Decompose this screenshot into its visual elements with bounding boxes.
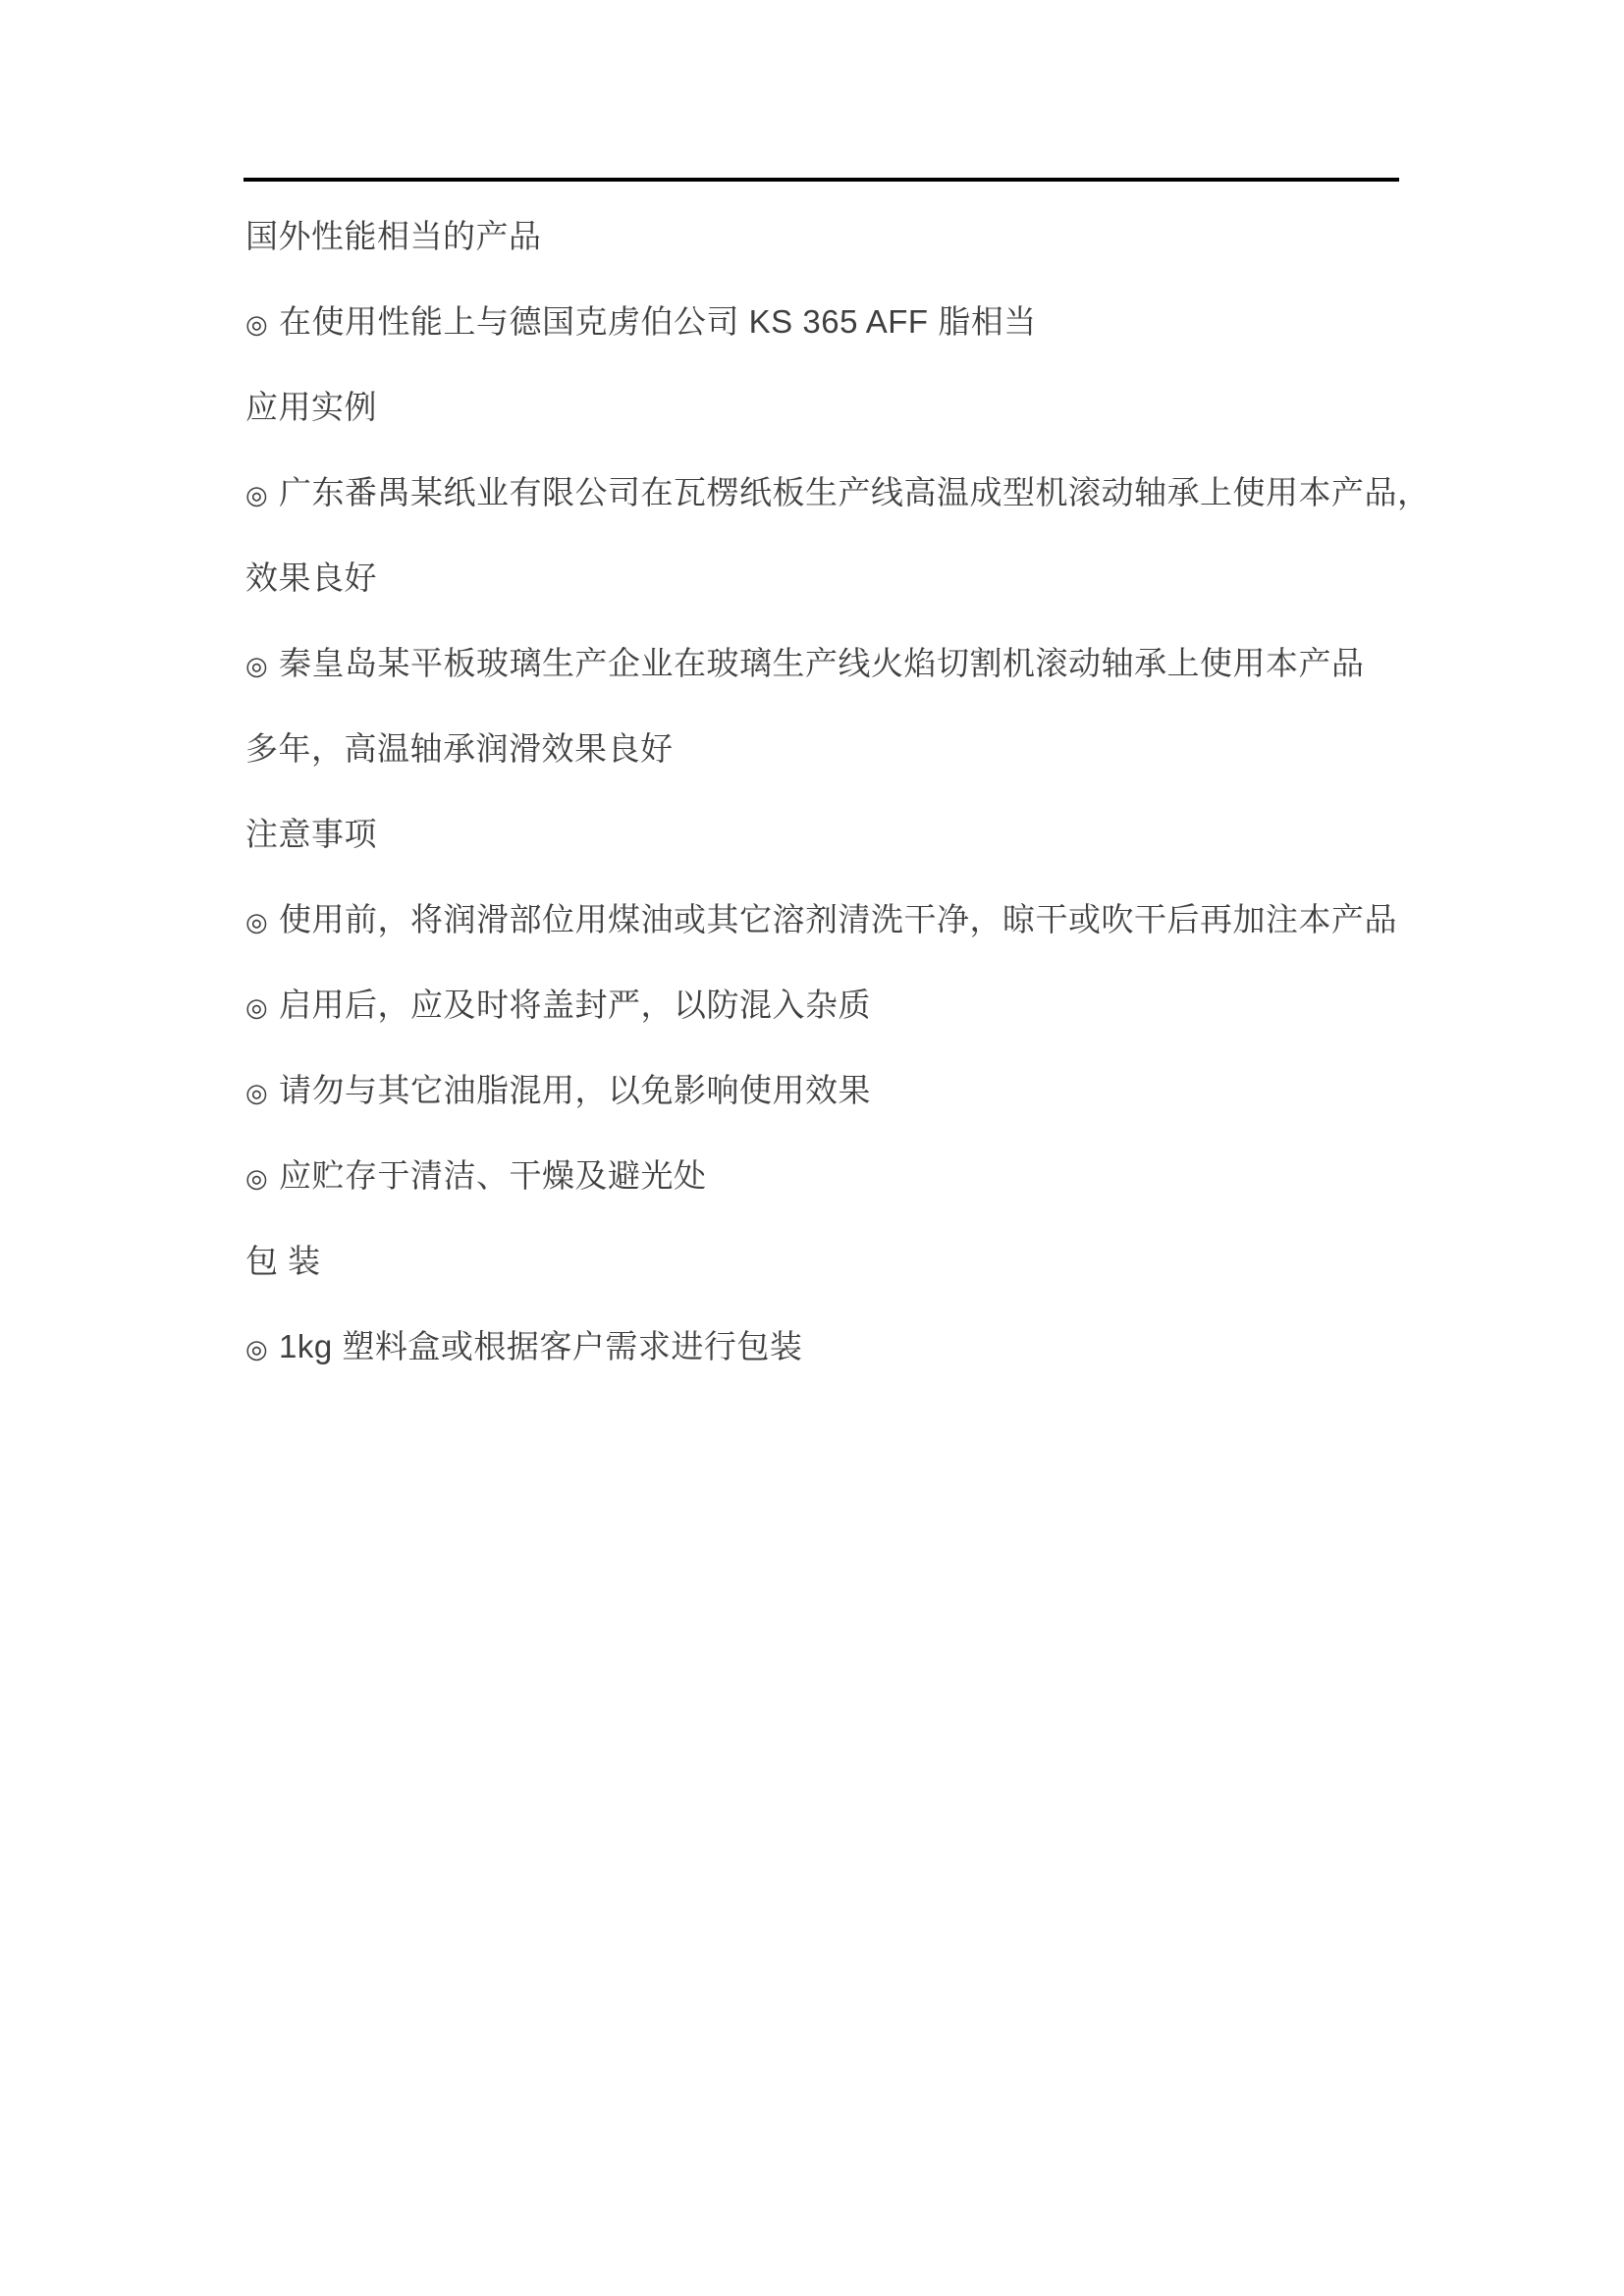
bullet-icon: ◎: [245, 1307, 279, 1392]
section-heading: 国外性能相当的产品: [245, 193, 1404, 279]
bullet-icon: ◎: [245, 282, 279, 367]
bullet-item: ◎启用后，应及时将盖封严，以防混入杂质: [245, 962, 1404, 1047]
line-text: 秦皇岛某平板玻璃生产企业在玻璃生产线火焰切割机滚动轴承上使用本产品: [279, 645, 1365, 681]
line-text: 多年，高温轴承润滑效果良好: [245, 730, 674, 767]
line-text: 启用后，应及时将盖封严，以防混入杂质: [279, 987, 871, 1023]
line-text: 国外性能相当的产品: [245, 218, 542, 254]
bullet-item-continuation: 效果良好: [245, 535, 1404, 620]
section-heading: 包 装: [245, 1218, 1404, 1304]
bullet-icon: ◎: [245, 1136, 279, 1221]
line-text: 效果良好: [245, 560, 377, 596]
document-page: 国外性能相当的产品◎在使用性能上与德国克虏伯公司 KS 365 AFF 脂相当应…: [0, 0, 1624, 2296]
bullet-item: ◎应贮存于清洁、干燥及避光处: [245, 1133, 1404, 1218]
line-text: 请勿与其它油脂混用，以免影响使用效果: [279, 1072, 871, 1108]
bullet-icon: ◎: [245, 880, 279, 965]
bullet-item: ◎使用前，将润滑部位用煤油或其它溶剂清洗干净，晾干或吹干后再加注本产品: [245, 877, 1404, 962]
bullet-icon: ◎: [245, 965, 279, 1050]
section-heading: 注意事项: [245, 791, 1404, 877]
bullet-item: ◎请勿与其它油脂混用，以免影响使用效果: [245, 1047, 1404, 1133]
line-text: 1kg 塑料盒或根据客户需求进行包装: [279, 1328, 802, 1364]
bullet-item: ◎广东番禺某纸业有限公司在瓦楞纸板生产线高温成型机滚动轴承上使用本产品，: [245, 450, 1404, 535]
bullet-item: ◎1kg 塑料盒或根据客户需求进行包装: [245, 1304, 1404, 1389]
header-rule: [244, 178, 1399, 182]
bullet-icon: ◎: [245, 453, 279, 538]
line-text: 包 装: [245, 1243, 321, 1279]
bullet-item: ◎秦皇岛某平板玻璃生产企业在玻璃生产线火焰切割机滚动轴承上使用本产品: [245, 620, 1404, 706]
bullet-icon: ◎: [245, 623, 279, 709]
document-content: 国外性能相当的产品◎在使用性能上与德国克虏伯公司 KS 365 AFF 脂相当应…: [245, 193, 1404, 1389]
line-text: 广东番禺某纸业有限公司在瓦楞纸板生产线高温成型机滚动轴承上使用本产品，: [279, 474, 1431, 510]
line-text: 应用实例: [245, 389, 377, 425]
line-text: 应贮存于清洁、干燥及避光处: [279, 1157, 707, 1194]
bullet-item: ◎在使用性能上与德国克虏伯公司 KS 365 AFF 脂相当: [245, 279, 1404, 364]
section-heading: 应用实例: [245, 364, 1404, 450]
line-text: 在使用性能上与德国克虏伯公司 KS 365 AFF 脂相当: [279, 303, 1037, 340]
bullet-item-continuation: 多年，高温轴承润滑效果良好: [245, 706, 1404, 791]
line-text: 使用前，将润滑部位用煤油或其它溶剂清洗干净，晾干或吹干后再加注本产品: [279, 901, 1397, 937]
line-text: 注意事项: [245, 816, 377, 852]
bullet-icon: ◎: [245, 1050, 279, 1136]
